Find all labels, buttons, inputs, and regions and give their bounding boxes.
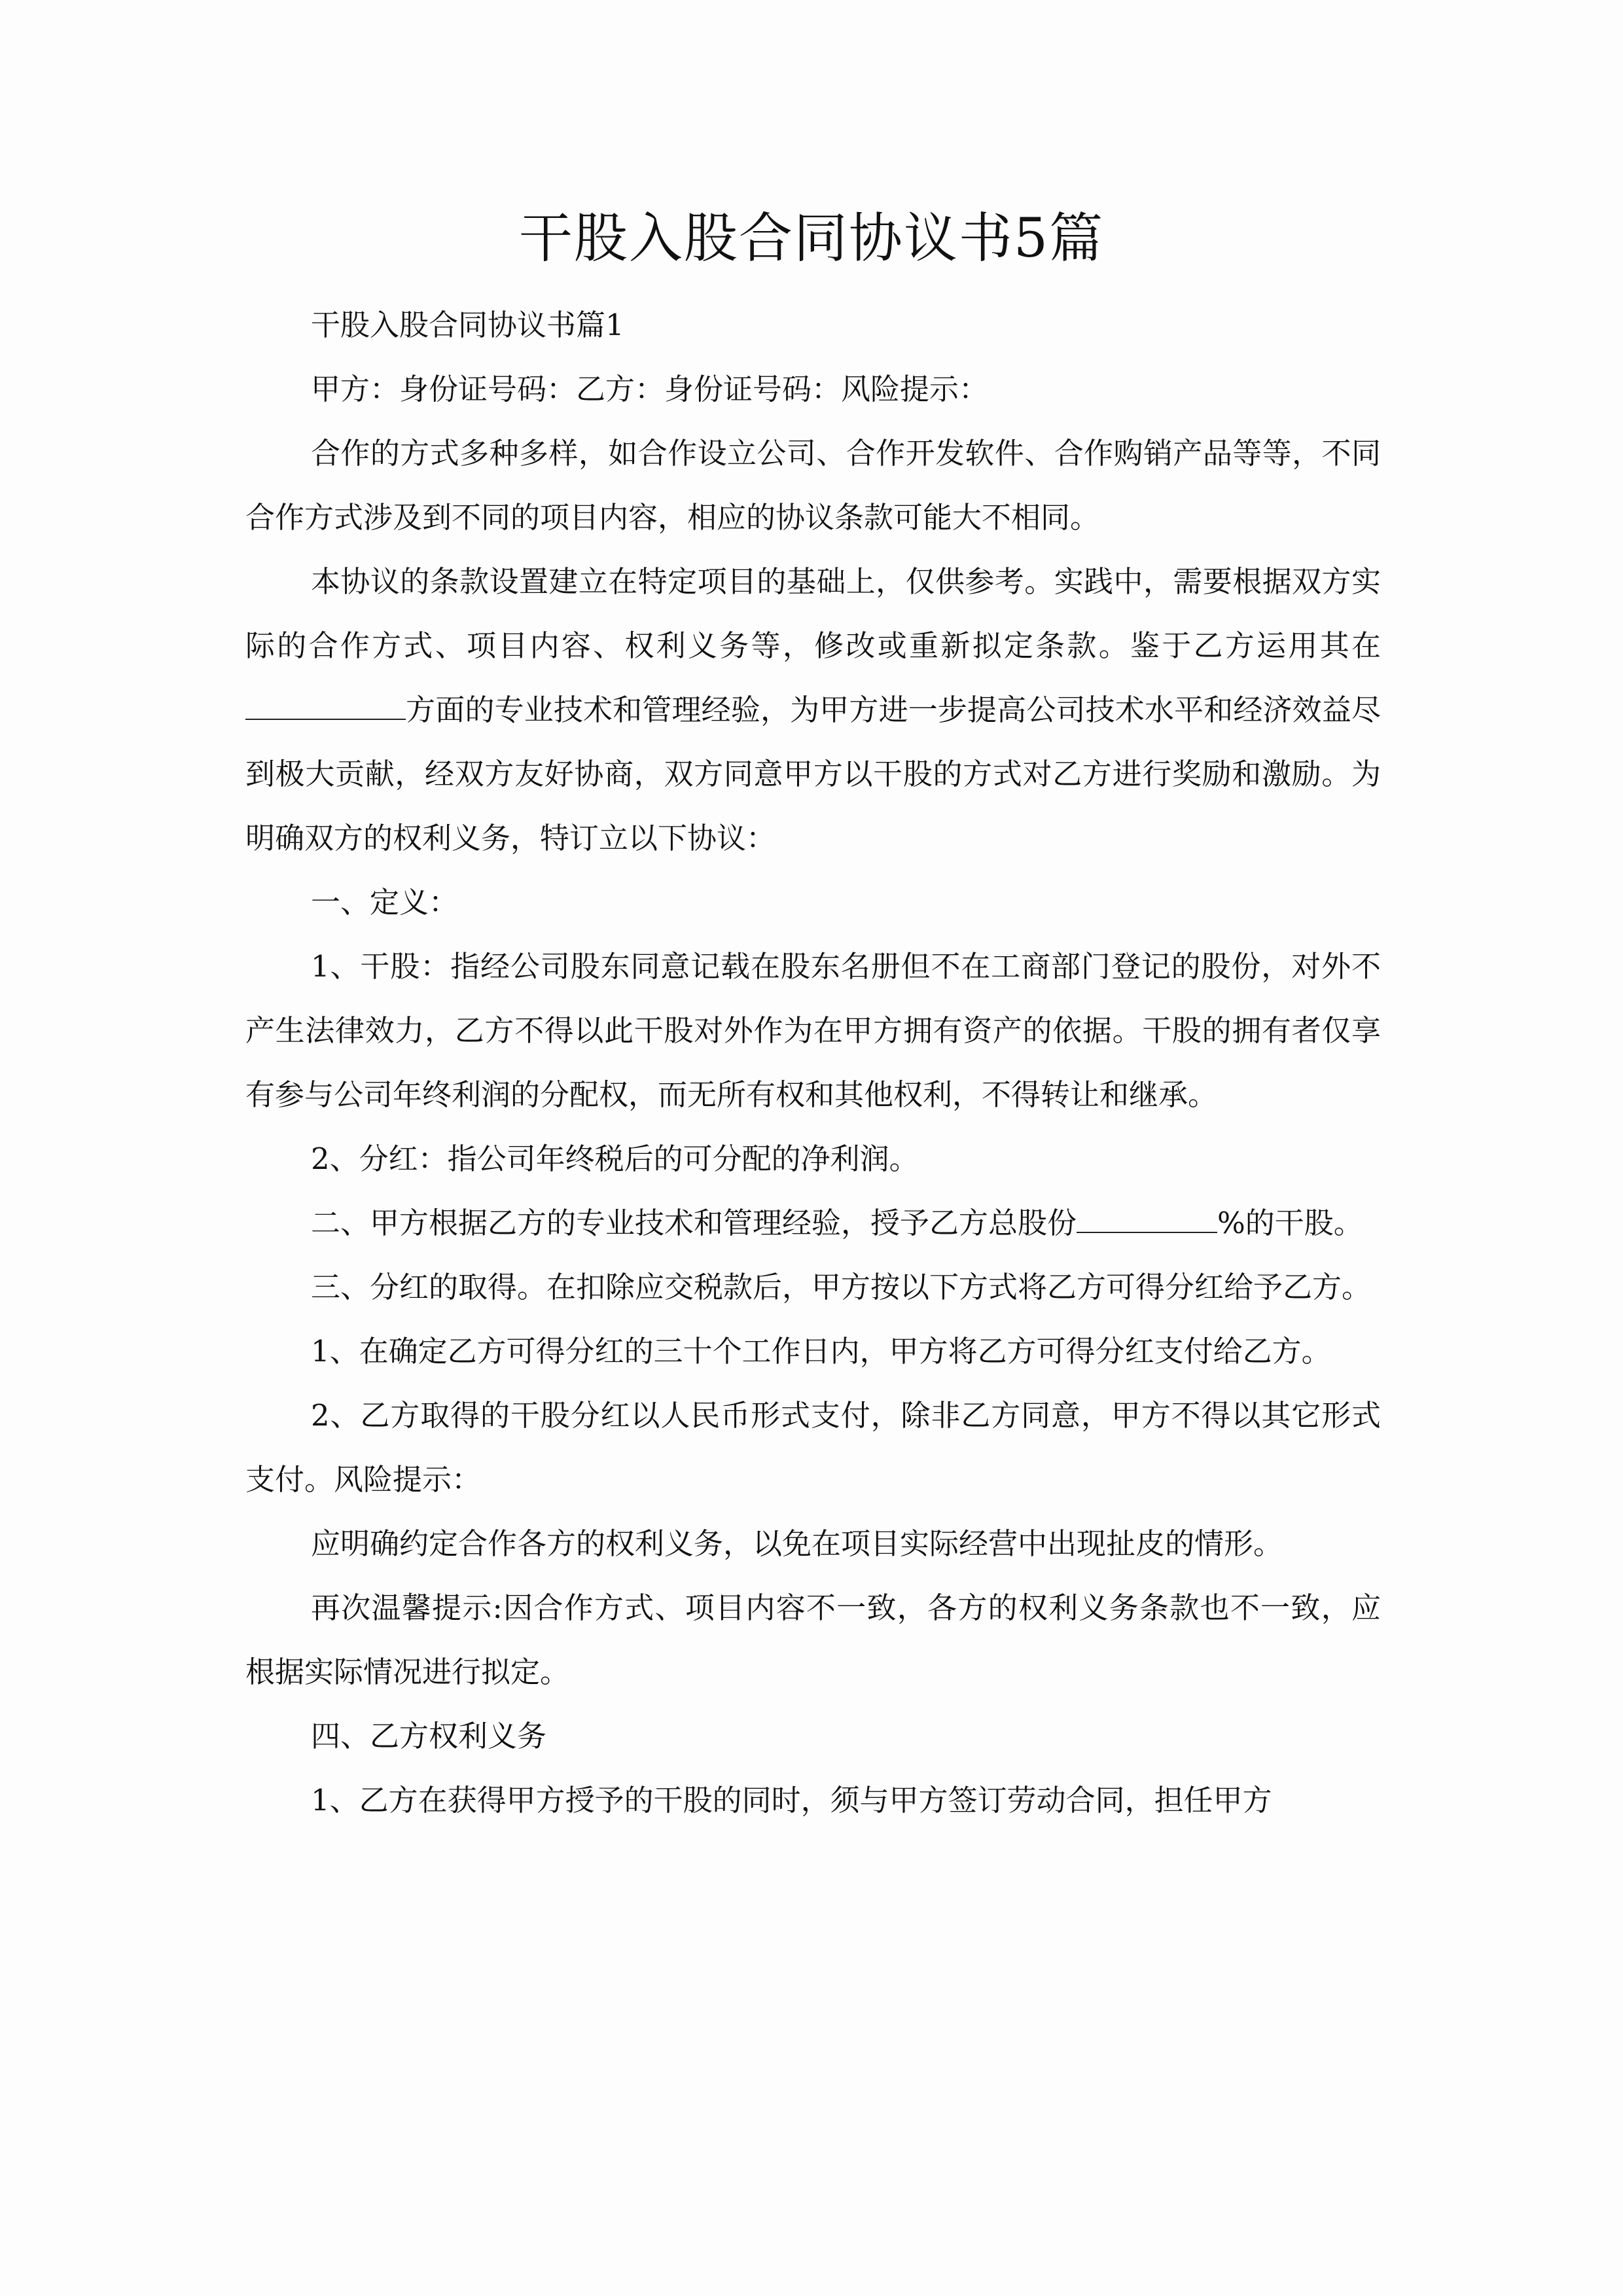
share-percent-blank[interactable] — [1077, 1206, 1217, 1233]
field-area-blank[interactable] — [245, 692, 406, 720]
reminder-note: 再次温馨提示:因合作方式、项目内容不一致，各方的权利义务条款也不一致，应根据实际… — [245, 1576, 1381, 1704]
document-page: 干股入股合同协议书5篇 干股入股合同协议书篇1 甲方：身份证号码：乙方：身份证号… — [0, 0, 1623, 2296]
section-subtitle: 干股入股合同协议书篇1 — [245, 293, 1381, 357]
section-2-end: %的干股。 — [1217, 1206, 1363, 1240]
section-1-heading: 一、定义： — [245, 870, 1381, 935]
section-3-item-2: 2、乙方取得的干股分红以人民币形式支付，除非乙方同意，甲方不得以其它形式支付。风… — [245, 1384, 1381, 1512]
section-1-item-1: 1、干股：指经公司股东同意记载在股东名册但不在工商部门登记的股份，对外不产生法律… — [245, 935, 1381, 1127]
parties-line: 甲方：身份证号码：乙方：身份证号码：风险提示： — [245, 357, 1381, 422]
intro-paragraph-2: 本协议的条款设置建立在特定项目的基础上，仅供参考。实践中，需要根据双方实际的合作… — [245, 550, 1381, 870]
document-body: 干股入股合同协议书篇1 甲方：身份证号码：乙方：身份证号码：风险提示： 合作的方… — [245, 293, 1381, 1833]
section-1-item-2: 2、分红：指公司年终税后的可分配的净利润。 — [245, 1127, 1381, 1191]
intro-paragraph-1: 合作的方式多种多样，如合作设立公司、合作开发软件、合作购销产品等等，不同合作方式… — [245, 422, 1381, 550]
section-4-heading: 四、乙方权利义务 — [245, 1704, 1381, 1768]
intro-paragraph-2-end: 方面的专业技术和管理经验，为甲方进一步提高公司技术水平和经济效益尽到极大贡献，经… — [245, 692, 1381, 855]
section-4-item-1: 1、乙方在获得甲方授予的干股的同时，须与甲方签订劳动合同，担任甲方 — [245, 1768, 1381, 1833]
intro-paragraph-2-start: 本协议的条款设置建立在特定项目的基础上，仅供参考。实践中，需要根据双方实际的合作… — [245, 564, 1381, 663]
section-2-paragraph: 二、甲方根据乙方的专业技术和管理经验，授予乙方总股份%的干股。 — [245, 1191, 1381, 1255]
risk-note: 应明确约定合作各方的权利义务，以免在项目实际经营中出现扯皮的情形。 — [245, 1512, 1381, 1576]
section-3-item-1: 1、在确定乙方可得分红的三十个工作日内，甲方将乙方可得分红支付给乙方。 — [245, 1319, 1381, 1384]
document-title: 干股入股合同协议书5篇 — [0, 200, 1623, 278]
section-2-start: 二、甲方根据乙方的专业技术和管理经验，授予乙方总股份 — [311, 1206, 1077, 1240]
section-3-heading: 三、分红的取得。在扣除应交税款后，甲方按以下方式将乙方可得分红给予乙方。 — [245, 1255, 1381, 1319]
